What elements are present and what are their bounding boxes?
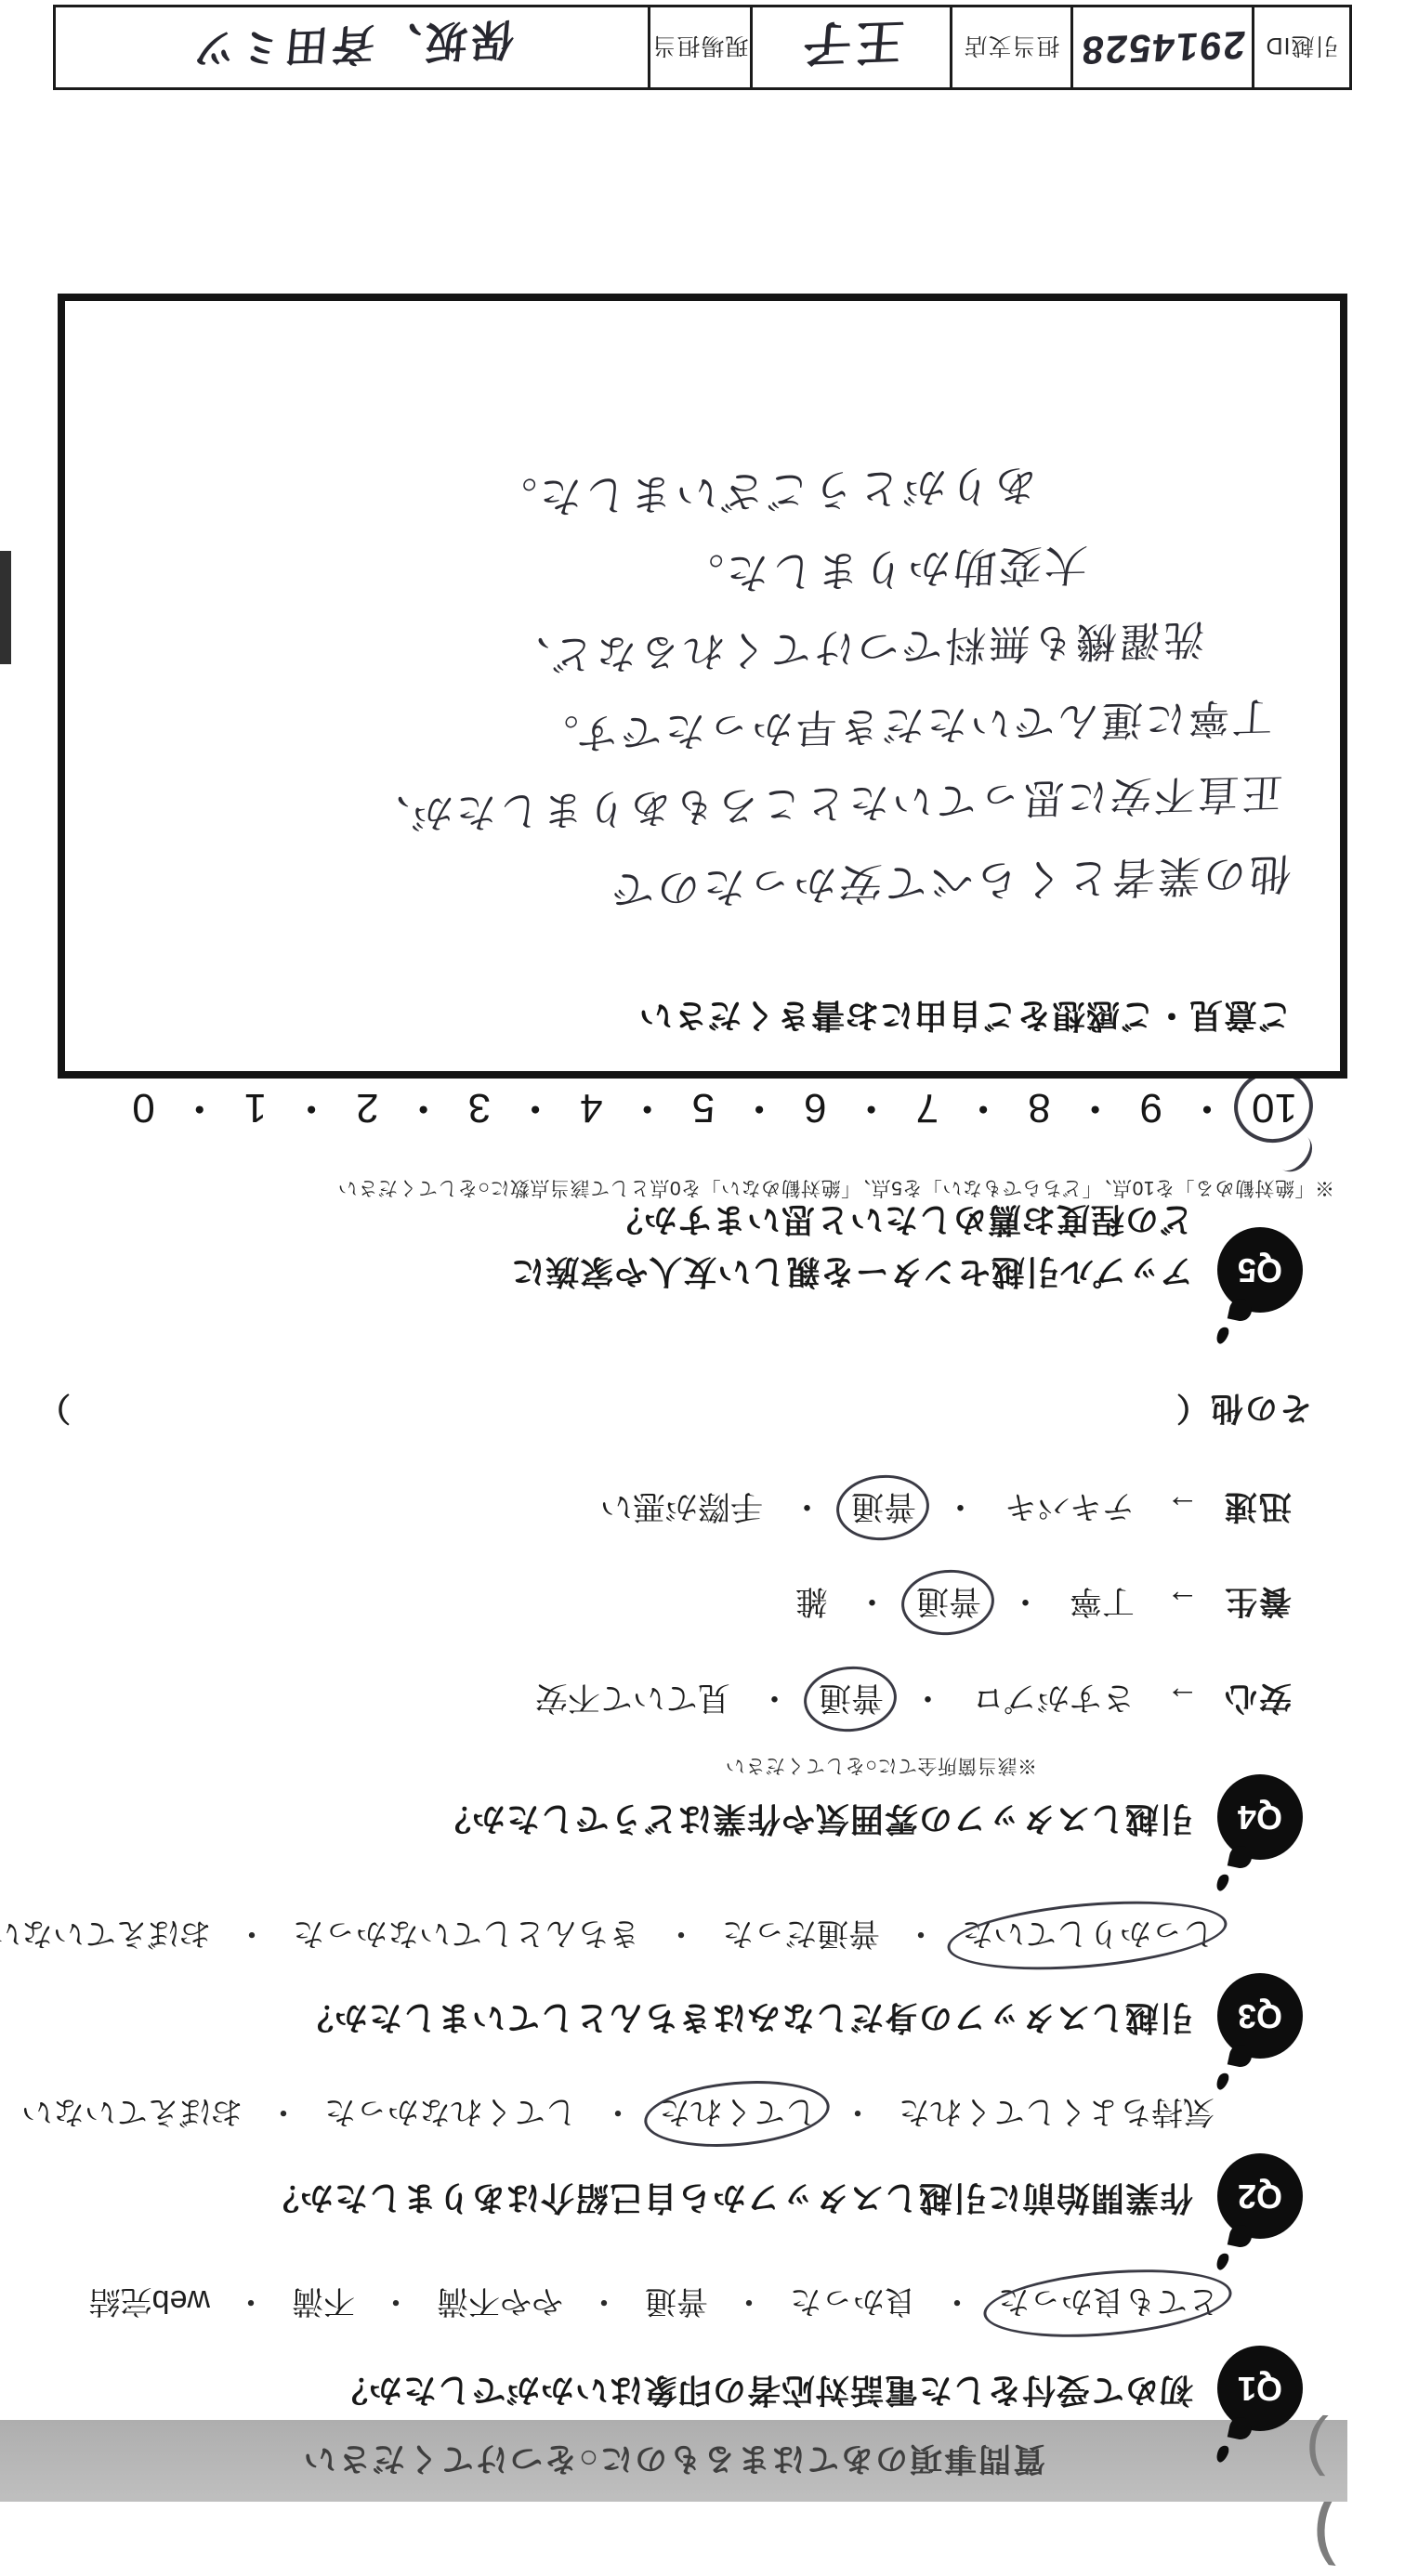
option-separator: ・: [856, 1583, 888, 1619]
site-staff-label: 現場担当: [648, 7, 750, 87]
q3-badge: Q3: [1217, 1973, 1303, 2059]
comment-box: [58, 294, 1347, 1079]
q3-badge-label: Q3: [1238, 1996, 1282, 2035]
option-separator: ・: [380, 2283, 412, 2319]
option: やや不満: [437, 2282, 563, 2327]
option: 雑: [795, 1580, 828, 1627]
option-separator: ・: [627, 1085, 668, 1131]
q2-options: 気持ちよくしてくれた・してくれた・してくれなかった・おぼえていない: [21, 2092, 1215, 2138]
option-separator: ・: [758, 1680, 791, 1716]
q1-badge-label: Q1: [1238, 2369, 1282, 2408]
q4-row-anshin: 安心→さすがプロ・普通・見ていて不安: [535, 1677, 1292, 1723]
option-separator: ・: [602, 2094, 634, 2129]
option: 手際が悪い: [600, 1485, 763, 1532]
q5-badge-label: Q5: [1238, 1250, 1282, 1289]
option: 気持ちよくしてくれた: [899, 2092, 1215, 2138]
q5-badge: Q5: [1217, 1227, 1303, 1313]
branch-handwriting: 王子: [796, 10, 907, 84]
arrow-icon: →: [1166, 1583, 1199, 1619]
option: 6: [804, 1084, 826, 1131]
handwritten-comment-line: 大変助かりました。: [676, 537, 1089, 608]
option-separator: ・: [235, 2283, 267, 2319]
q5-note: ※「絶対勧める」を10点、「どちらでもない」を5点、「絶対勧めない」を0点として…: [337, 1175, 1334, 1203]
option-separator: ・: [739, 1085, 780, 1131]
q4-row-options: 丁寧・普通・雑: [795, 1583, 1135, 1619]
page-curl-mark: ): [1304, 2417, 1329, 2483]
footer-id-table: 引越ID 2914528 担当支店 王子 現場担当 保坂、斉田ミツ: [53, 5, 1352, 90]
q4-row-options: さすがプロ・普通・見ていて不安: [535, 1680, 1135, 1716]
q2-badge-label: Q2: [1238, 2177, 1282, 2216]
option: 3: [468, 1084, 491, 1131]
option-separator: ・: [905, 1916, 937, 1951]
option: 普通: [645, 2282, 708, 2327]
branch-value: 王子: [750, 7, 950, 87]
option-separator: ・: [1187, 1085, 1228, 1131]
option-circled: 普通: [916, 1580, 981, 1627]
q4-other-label: その他（: [1175, 1387, 1312, 1433]
option-separator: ・: [665, 1916, 697, 1951]
option-separator: ・: [236, 1916, 268, 1951]
option-separator: ・: [179, 1085, 220, 1131]
instruction-bar: 質問事項のあてはまるものに○をつけてください: [0, 2420, 1347, 2502]
option: テキパキ: [1005, 1485, 1135, 1532]
option-circled: とても良かった: [998, 2282, 1219, 2327]
option: おぼえていない: [21, 2092, 243, 2138]
option-separator: ・: [291, 1085, 332, 1131]
q4-note: ※該当箇所全てに○をしてください: [725, 1753, 1037, 1781]
scan-edge-artifact: [0, 551, 11, 664]
option: 1: [244, 1084, 267, 1131]
q4-row-label: 養生: [1223, 1583, 1292, 1619]
move-id-handwriting: 2914528: [1078, 22, 1247, 72]
move-id-label: 引越ID: [1252, 7, 1349, 87]
q2-question: 作業開始前に引越しスタッフから自己紹介はありましたか？: [265, 2177, 1193, 2224]
q4-badge-label: Q4: [1238, 1798, 1282, 1837]
q4-row-label: 迅速: [1223, 1488, 1292, 1524]
option: 9: [1140, 1084, 1162, 1131]
option-separator: ・: [1009, 1583, 1042, 1619]
option: さすがプロ: [972, 1677, 1135, 1723]
option: 7: [916, 1084, 939, 1131]
branch-label: 担当支店: [950, 7, 1070, 87]
option: 見ていて不安: [535, 1677, 730, 1723]
option: 0: [132, 1084, 154, 1131]
scanned-survey-page: ) ) 質問事項のあてはまるものに○をつけてください Q1 初めて受付をした電話…: [0, 0, 1405, 2576]
option-separator: ・: [963, 1085, 1004, 1131]
instruction-text: 質問事項のあてはまるものに○をつけてください: [302, 2438, 1045, 2484]
site-staff-value: 保坂、斉田ミツ: [56, 7, 648, 87]
option-circled: 普通: [851, 1485, 916, 1532]
option: 普通だった: [722, 1914, 880, 1959]
option-separator: ・: [733, 2283, 765, 2319]
option-separator: ・: [515, 1085, 556, 1131]
option-separator: ・: [403, 1085, 444, 1131]
option-separator: ・: [851, 1085, 892, 1131]
option-separator: ・: [941, 2283, 973, 2319]
option: 丁寧: [1070, 1580, 1135, 1627]
option-circled: しっかりしていた: [962, 1914, 1215, 1959]
q4-question: 引越しスタッフの雰囲気や作業はどうでしたか？: [437, 1798, 1193, 1845]
site-staff-handwriting: 保坂、斉田ミツ: [187, 11, 518, 84]
option: 8: [1028, 1084, 1050, 1131]
option: 2: [356, 1084, 378, 1131]
q5-rating-scale: 10・9・8・7・6・5・4・3・2・1・0: [132, 1082, 1297, 1142]
q5-question-line1: アップル引越センターを親しい友人や家族に: [510, 1250, 1193, 1298]
comment-box-title: ご意見・ご感想をご自由にお書きください: [638, 994, 1292, 1041]
q4-other-close-paren: ）: [36, 1387, 71, 1433]
option-circled: してくれた: [659, 2092, 817, 2138]
q4-row-label: 安心: [1223, 1680, 1292, 1716]
option-separator: ・: [588, 2283, 620, 2319]
q5-question-line2: どの程度お薦めしたいと思いますか？: [609, 1198, 1193, 1246]
option: web完結: [89, 2282, 210, 2327]
q1-badge: Q1: [1217, 2346, 1303, 2431]
move-id-value: 2914528: [1070, 7, 1252, 87]
q2-badge: Q2: [1217, 2153, 1303, 2239]
q1-options: とても良かった・良かった・普通・やや不満・不満・web完結: [89, 2282, 1219, 2327]
q3-options: しっかりしていた・普通だった・きちんとしていなかった・おぼえていない: [0, 1914, 1215, 1959]
option-separator: ・: [842, 2094, 873, 2129]
option: 不満: [292, 2282, 355, 2327]
arrow-icon: →: [1166, 1488, 1199, 1524]
option-separator: ・: [944, 1488, 977, 1524]
option-circled: 普通: [819, 1677, 884, 1723]
q4-row-yojo: 養生→丁寧・普通・雑: [795, 1580, 1292, 1627]
q4-badge: Q4: [1217, 1774, 1303, 1860]
option: おぼえていない: [0, 1914, 211, 1959]
arrow-icon: →: [1166, 1680, 1199, 1716]
option-separator: ・: [268, 2094, 299, 2129]
option-separator: ・: [1075, 1085, 1116, 1131]
survey-sheet-flipped: ) ) 質問事項のあてはまるものに○をつけてください Q1 初めて受付をした電話…: [0, 0, 1405, 2576]
option-circled: 10: [1252, 1084, 1297, 1131]
option: 4: [580, 1084, 602, 1131]
option: 5: [692, 1084, 715, 1131]
q4-row-jinsoku: 迅速→テキパキ・普通・手際が悪い: [600, 1485, 1292, 1532]
option: してくれなかった: [324, 2092, 577, 2138]
option-separator: ・: [791, 1488, 823, 1524]
q1-question: 初めて受付をした電話対応者の印象はいかがでしたか？: [334, 2369, 1193, 2416]
q3-question: 引越しスタッフの身だしなみはきちんとしていましたか？: [299, 1996, 1193, 2044]
option: きちんとしていなかった: [293, 1914, 640, 1959]
option-separator: ・: [912, 1680, 944, 1716]
q4-row-options: テキパキ・普通・手際が悪い: [600, 1488, 1135, 1524]
option: 良かった: [790, 2282, 916, 2327]
